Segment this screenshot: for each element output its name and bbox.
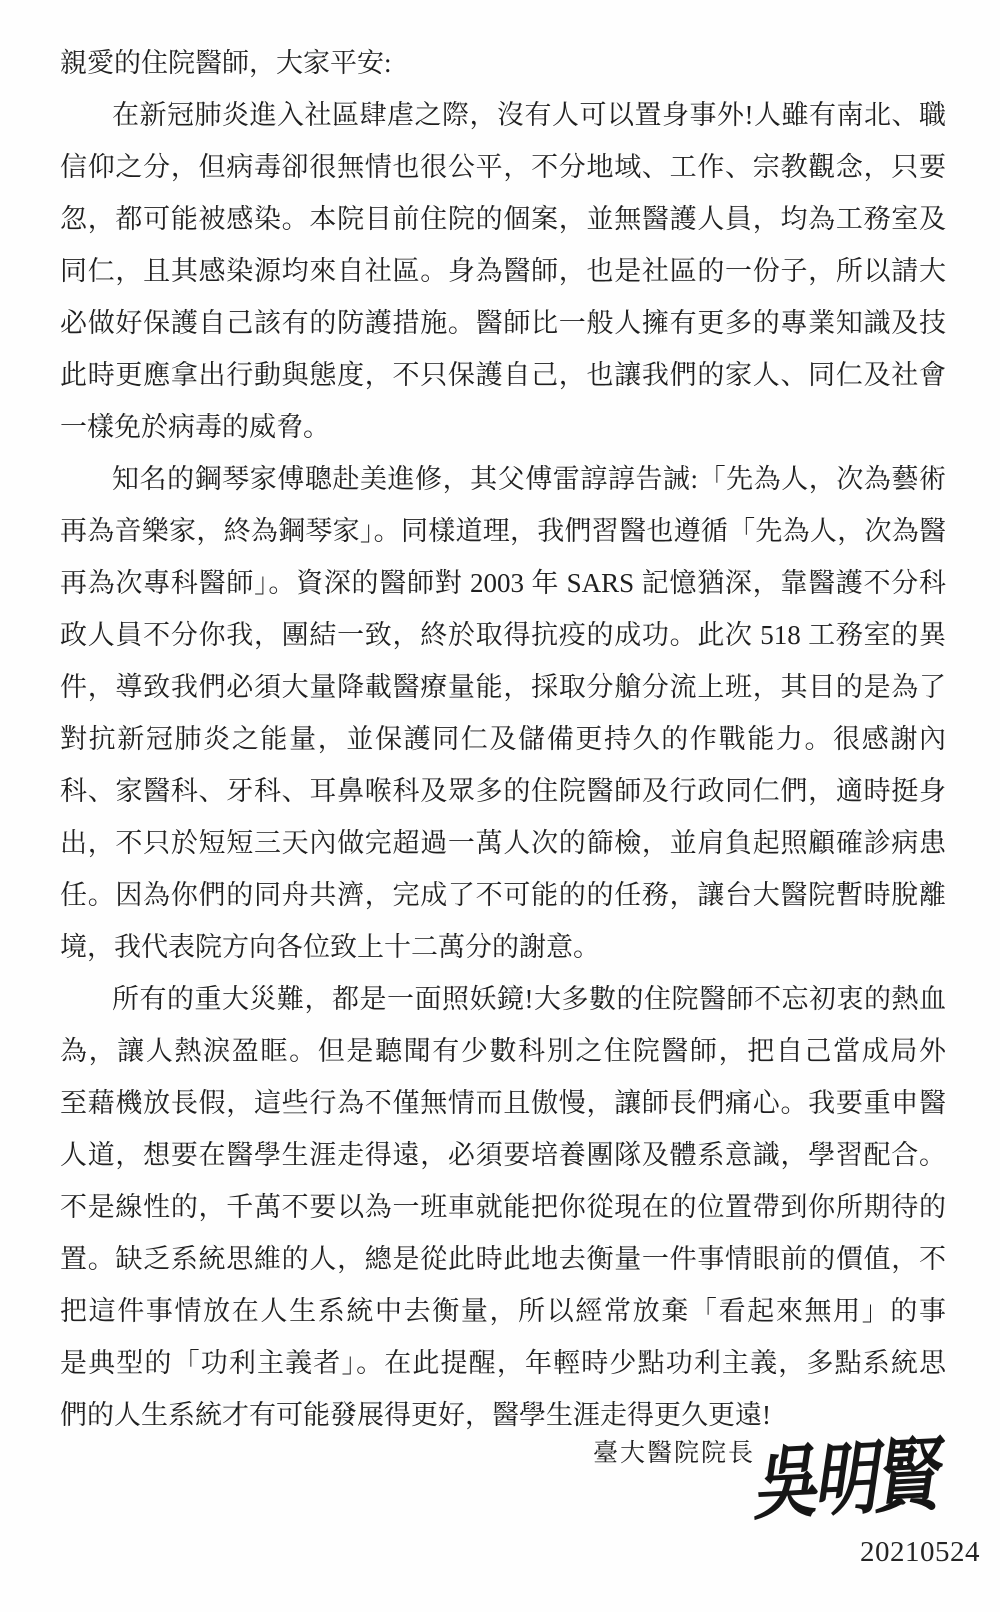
letter-line: 在新冠肺炎進入社區肆虐之際，沒有人可以置身事外!人雖有南北、職業、 <box>60 89 946 141</box>
letter-line: 忽，都可能被感染。本院目前住院的個案，並無醫護人員，均為工務室及行政 <box>60 193 946 245</box>
letter-line: 此時更應拿出行動與態度，不只保護自己，也讓我們的家人、同仁及社會大眾 <box>60 349 946 401</box>
letter-line: 再為次專科醫師」。資深的醫師對 2003 年 SARS 記憶猶深，靠醫護不分科別… <box>60 557 946 609</box>
letter-page: 親愛的住院醫師，大家平安: 在新冠肺炎進入社區肆虐之際，沒有人可以置身事外!人雖… <box>0 0 1000 1612</box>
letter-line: 知名的鋼琴家傅聰赴美進修，其父傅雷諄諄告誡:「先為人，次為藝術家， <box>60 453 946 505</box>
letter-line: 為，讓人熱淚盈眶。但是聽聞有少數科別之住院醫師，把自己當成局外人，甚 <box>60 1025 946 1077</box>
letter-line: 人道，想要在醫學生涯走得遠，必須要培養團隊及體系意識，學習配合。人生 <box>60 1129 946 1181</box>
letter-line: 所有的重大災難，都是一面照妖鏡!大多數的住院醫師不忘初衷的熱血行 <box>60 973 946 1025</box>
letter-line: 件，導致我們必須大量降載醫療量能，採取分艙分流上班，其目的是為了保存 <box>60 661 946 713</box>
signoff-title: 臺大醫院院長 <box>593 1436 755 1472</box>
letter-line: 再為音樂家，終為鋼琴家」。同樣道理，我們習醫也遵循「先為人，次為醫師， <box>60 505 946 557</box>
letter-line: 們的人生系統才有可能發展得更好，醫學生涯走得更久更遠! <box>60 1389 946 1441</box>
letter-line: 至藉機放長假，這些行為不僅無情而且傲慢，讓師長們痛心。我要重申醫道即 <box>60 1077 946 1129</box>
letter-line: 同仁，且其感染源均來自社區。身為醫師，也是社區的一份子，所以請大家務 <box>60 245 946 297</box>
letter-line: 出，不只於短短三天內做完超過一萬人次的篩檢，並肩負起照顧確診病患的責 <box>60 817 946 869</box>
letter-line: 任。因為你們的同舟共濟，完成了不可能的的任務，讓台大醫院暫時脫離困 <box>60 869 946 921</box>
signature-handwriting: 吳明賢 <box>749 1429 922 1534</box>
letter-line: 置。缺乏系統思維的人，總是從此時此地去衡量一件事情眼前的價值，不懂得 <box>60 1233 946 1285</box>
salutation: 親愛的住院醫師，大家平安: <box>60 37 946 89</box>
letter-line: 信仰之分，但病毒卻很無情也很公平，不分地域、工作、宗教觀念，只要你疏 <box>60 141 946 193</box>
letter-line: 必做好保護自己該有的防護措施。醫師比一般人擁有更多的專業知識及技能， <box>60 297 946 349</box>
letter-line: 是典型的「功利主義者」。在此提醒，年輕時少點功利主義，多點系統思維，你 <box>60 1337 946 1389</box>
letter-body: 親愛的住院醫師，大家平安: 在新冠肺炎進入社區肆虐之際，沒有人可以置身事外!人雖… <box>60 37 946 1441</box>
letter-line: 科、家醫科、牙科、耳鼻喉科及眾多的住院醫師及行政同仁們，適時挺身而 <box>60 765 946 817</box>
signoff-date: 20210524 <box>860 1534 980 1570</box>
letter-line: 把這件事情放在人生系統中去衡量，所以經常放棄「看起來無用」的事情，這 <box>60 1285 946 1337</box>
letter-line: 不是線性的，千萬不要以為一班車就能把你從現在的位置帶到你所期待的位 <box>60 1181 946 1233</box>
letter-line: 對抗新冠肺炎之能量，並保護同仁及儲備更持久的作戰能力。很感謝內科、外 <box>60 713 946 765</box>
letter-line: 境，我代表院方向各位致上十二萬分的謝意。 <box>60 921 946 973</box>
letter-line: 一樣免於病毒的威脅。 <box>60 401 946 453</box>
letter-line: 政人員不分你我，團結一致，終於取得抗疫的成功。此次 518 工務室的異常事 <box>60 609 946 661</box>
